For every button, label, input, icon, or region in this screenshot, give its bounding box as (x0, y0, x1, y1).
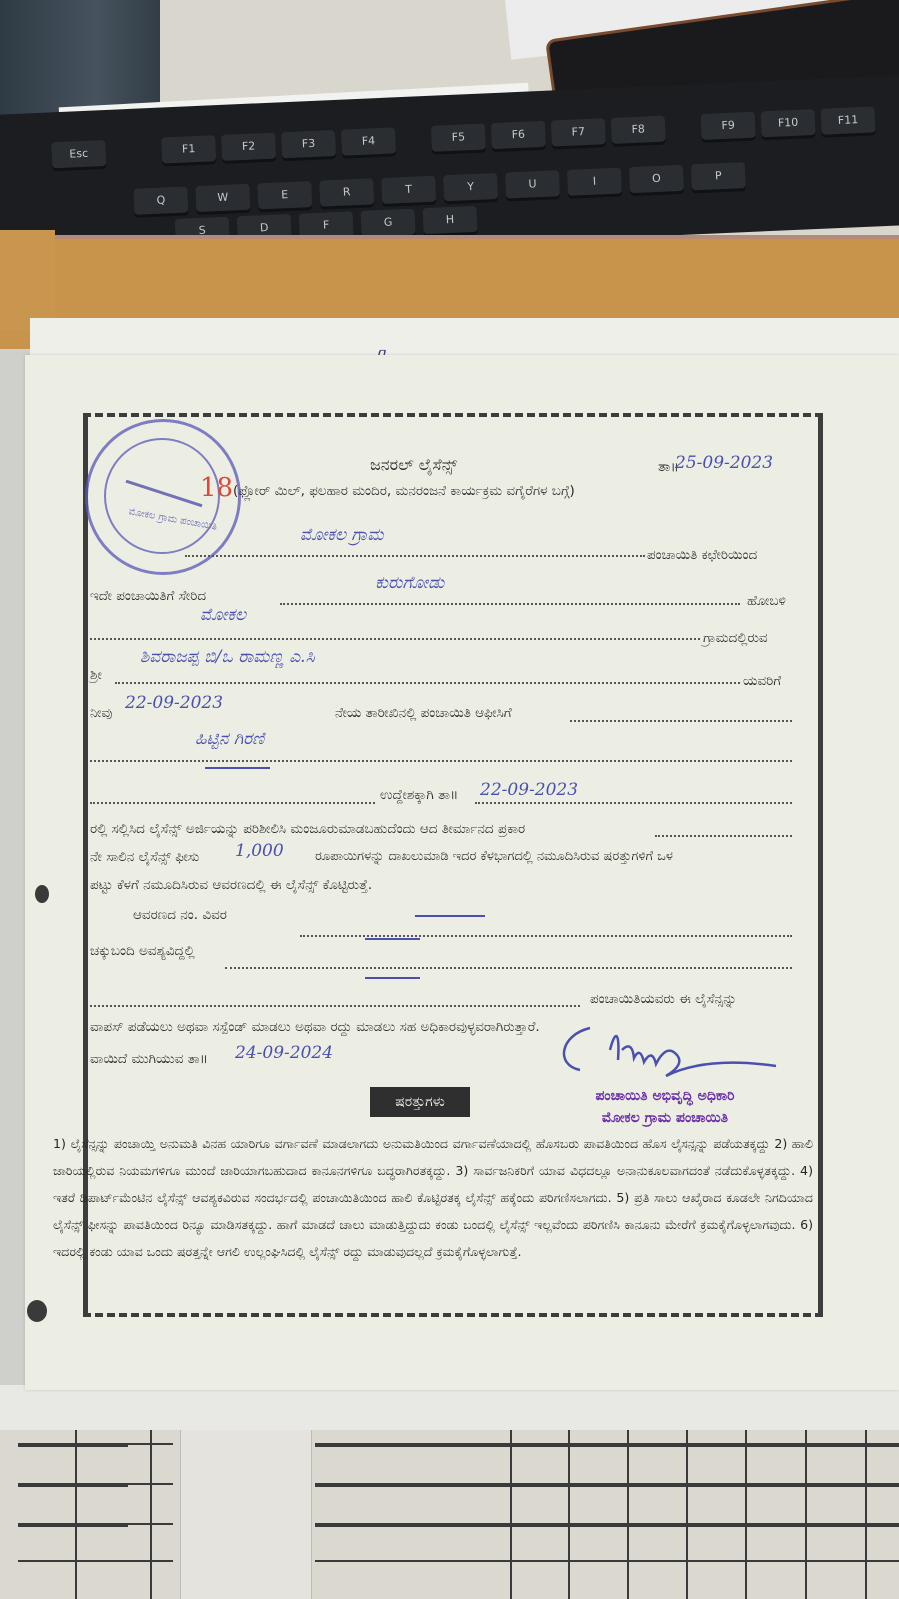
ledger-sheet (0, 1385, 899, 1599)
serial-number: 18 (200, 473, 233, 503)
conditions-text: 1) ಲೈಸೆನ್ಸನ್ನು ಪಂಚಾಯ್ತಿ ಅನುಮತಿ ವಿನಹ ಯಾರಿ… (53, 1130, 813, 1265)
ledger-top-sheet (0, 1385, 899, 1430)
handwritten-dash (205, 767, 270, 769)
ledger-column-line (510, 1430, 512, 1599)
key-u: U (505, 170, 560, 198)
dotted-line (90, 802, 375, 804)
dotted-line (475, 802, 792, 804)
folder-flap (0, 230, 55, 330)
purpose-date: 22-09-2023 (480, 780, 578, 800)
fee-prefix: ನೇ ಸಾಲಿನ ಲೈಸೆನ್ಸ್ ಫೀಸು (90, 849, 199, 865)
ledger-column-line (75, 1430, 77, 1599)
punch-hole (27, 1300, 47, 1322)
key-e: E (257, 181, 312, 209)
key-h: H (422, 206, 477, 234)
ledger-row-line (315, 1483, 899, 1485)
officer-signature (550, 1020, 790, 1080)
key-g: G (361, 209, 416, 237)
enclosure-label: ಆವರಣದ ನಂ. ವಿವರ (133, 907, 227, 923)
key-t: T (381, 176, 436, 204)
ledger-column-line (568, 1430, 570, 1599)
dotted-line (185, 555, 645, 557)
field-village: ಮೋಕಲ (200, 605, 246, 625)
border-dashed-bottom (83, 1313, 823, 1317)
issue-date: 25-09-2023 (675, 453, 773, 473)
key-i: I (567, 168, 622, 196)
ledger-row-line (18, 1485, 128, 1487)
ledger-row-line (315, 1485, 899, 1487)
field-label: ಗ್ರಾಮದಲ್ಲಿರುವ (703, 630, 768, 646)
key-f10: F10 (761, 109, 816, 137)
field-prefix: ಇದೇ ಪಂಚಾಯಿತಿಗೆ ಸೇರಿದ (90, 588, 206, 604)
paragraph-2: ಪಟ್ಟು ಕೆಳಗೆ ನಮೂದಿಸಿರುವ ಆವರಣದಲ್ಲಿ ಈ ಲೈಸೆನ… (90, 877, 372, 893)
application-date: 22-09-2023 (125, 693, 223, 713)
license-subtitle: (ಫ್ಲೋರ್ ಮಿಲ್, ಫಲಹಾರ ಮಂದಿರ, ಮನರಂಜನೆ ಕಾರ್ಯ… (233, 483, 575, 499)
dotted-line (90, 1005, 580, 1007)
ledger-column-line (805, 1430, 807, 1599)
dotted-line (280, 603, 740, 605)
conditions-heading: ಷರತ್ತುಗಳು (370, 1087, 470, 1117)
key-esc: Esc (51, 140, 106, 168)
dotted-line (90, 760, 792, 762)
field-label: ಪಂಚಾಯಿತಿ ಕಛೇರಿಯಿಂದ (647, 547, 757, 563)
key-f9: F9 (701, 112, 756, 140)
key-f5: F5 (431, 123, 486, 151)
key-f7: F7 (551, 118, 606, 146)
ledger-row-line (18, 1445, 128, 1447)
key-r: R (319, 178, 374, 206)
key-f4: F4 (341, 127, 396, 155)
key-y: Y (443, 173, 498, 201)
ledger-row-line (315, 1443, 899, 1445)
dotted-line (300, 935, 792, 937)
ledger-column-line (686, 1430, 688, 1599)
dotted-line (570, 720, 792, 722)
field-purpose: ಹಿಟ್ಟಿನ ಗಿರಣಿ (195, 729, 264, 749)
handwritten-dash (415, 915, 485, 917)
ledger-row-line (18, 1525, 128, 1527)
license-document: ಮೋಕಲ ಗ್ರಾಮ ಪಂಚಾಯಿತಿ ಜನರಲ್ ಲೈಸೆನ್ಸ್ ತಾ॥ 2… (25, 355, 899, 1390)
dotted-line (655, 835, 792, 837)
license-title: ಜನರಲ್ ಲೈಸೆನ್ಸ್ (370, 455, 457, 475)
field-panchayat: ಮೋಕಲ ಗ್ರಾಮ (300, 525, 384, 545)
ledger-row-line (315, 1523, 899, 1525)
border-dashed-top (83, 413, 823, 417)
field-label: ನೇಯ ತಾರೀಖಿನಲ್ಲಿ ಪಂಚಾಯಿತಿ ಆಫೀಸಿಗೆ (335, 705, 512, 721)
key-f8: F8 (611, 116, 666, 144)
ledger-row-line (315, 1525, 899, 1527)
handwritten-dash (365, 938, 420, 940)
ledger-column-line (627, 1430, 629, 1599)
key-f1: F1 (161, 135, 216, 163)
key-o: O (629, 165, 684, 193)
license-fee: 1,000 (235, 841, 284, 861)
paragraph-1: ರಲ್ಲಿ ಸಲ್ಲಿಸಿದ ಲೈಸೆನ್ಸ್ ಅರ್ಜಿಯನ್ನು ಪರಿಶೀ… (90, 821, 525, 837)
field-label: ಉದ್ದೇಶಕ್ಕಾಗಿ ತಾ॥ (380, 787, 458, 803)
authority-text-2: ವಾಪಸ್ ಪಡೆಯಲು ಅಥವಾ ಸಸ್ಪೆಂಡ್ ಮಾಡಲು ಅಥವಾ ರದ… (90, 1019, 540, 1035)
boundary-label: ಚಕ್ಕುಬಂದಿ ಅವಶ್ಯವಿದ್ದಲ್ಲಿ (90, 943, 195, 959)
ledger-row-line (315, 1560, 899, 1562)
punch-hole (35, 885, 49, 903)
dotted-line (225, 967, 792, 969)
key-w: W (195, 184, 250, 212)
ledger-strip (180, 1430, 312, 1599)
officer-stamp: ಪಂಚಾಯಿತಿ ಅಭಿವೃದ್ಧಿ ಅಧಿಕಾರಿ ಮೋಕಲ ಗ್ರಾಮ ಪಂ… (535, 1085, 795, 1129)
key-q: Q (133, 186, 188, 214)
ledger-column-line (865, 1430, 867, 1599)
expiry-date: 24-09-2024 (235, 1043, 333, 1063)
key-f2: F2 (221, 133, 276, 161)
ledger-column-line (150, 1430, 152, 1599)
field-name: ಶಿವರಾಜಪ್ಪ ಬಿ/ಒ ರಾಮಣ್ಣ ಎ.ಸಿ (140, 647, 315, 667)
key-f6: F6 (491, 121, 546, 149)
field-prefix: ಶ್ರೀ (90, 667, 102, 683)
key-p: P (691, 162, 746, 190)
dotted-line (90, 638, 700, 640)
key-f3: F3 (281, 130, 336, 158)
field-label: ಯವರಿಗೆ (743, 673, 781, 689)
field-prefix: ನೀವು (90, 705, 112, 721)
ledger-column-line (745, 1430, 747, 1599)
dotted-line (115, 682, 740, 684)
field-hobli: ಕುರುಗೋಡು (375, 573, 444, 593)
fee-suffix: ರೂಪಾಯಿಗಳನ್ನು ದಾಖಲುಮಾಡಿ ಇದರ ಕೆಳಭಾಗದಲ್ಲಿ ನ… (315, 849, 673, 864)
handwritten-dash (365, 977, 420, 979)
authority-text-1: ಪಂಚಾಯಿತಿಯವರು ಈ ಲೈಸೆನ್ಸನ್ನು (590, 991, 737, 1007)
field-label: ಹೋಬಳಿ (747, 593, 786, 609)
expiry-label: ವಾಯಿದೆ ಮುಗಿಯುವ ತಾ॥ (90, 1051, 208, 1067)
key-f11: F11 (821, 106, 876, 134)
ledger-row-line (315, 1445, 899, 1447)
